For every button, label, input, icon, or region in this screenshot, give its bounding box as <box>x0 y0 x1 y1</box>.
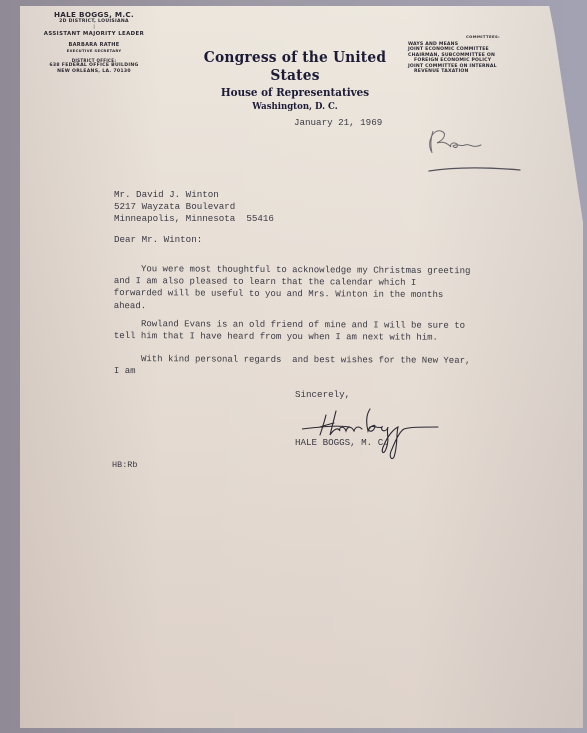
handwritten-margin-note: Ron <box>425 123 525 178</box>
recipient-address: Mr. David J. Winton5217 Wayzata Boulevar… <box>114 189 274 225</box>
letterhead-city: Washington, D. C. <box>192 101 399 112</box>
recipient-street: 5217 Wayzata Boulevard <box>114 201 274 213</box>
body-paragraph-3: With kind personal regards and best wish… <box>114 353 471 379</box>
recipient-city: Minneapolis, Minnesota 55416 <box>114 213 274 225</box>
committee-item: CHAIRMAN, SUBCOMMITTEE ONFOREIGN ECONOMI… <box>408 53 538 64</box>
committees-label: COMMITTEES: <box>428 35 538 40</box>
leadership-title: ASSISTANT MAJORITY LEADER <box>24 31 164 37</box>
letterhead-house: House of Representatives <box>192 85 399 99</box>
divider-tick: | <box>24 25 164 29</box>
letterhead-committees-block: COMMITTEES: WAYS AND MEANS JOINT ECONOMI… <box>408 35 538 75</box>
reference-initials: HB:Rb <box>112 460 138 470</box>
salutation: Dear Mr. Winton: <box>114 234 202 245</box>
body-paragraph-1: You were most thoughtful to acknowledge … <box>114 263 471 314</box>
body-paragraph-2: Rowland Evans is an old friend of mine a… <box>114 318 465 344</box>
closing: Sincerely, <box>295 389 350 400</box>
letter-date: January 21, 1969 <box>294 117 382 128</box>
committee-item: JOINT COMMITTEE ON INTERNALREVENUE TAXAT… <box>408 64 538 75</box>
recipient-name: Mr. David J. Winton <box>114 189 274 201</box>
signer-name: HALE BOGGS, M. C. <box>295 437 389 448</box>
district-office-address-2: NEW ORLEANS, LA. 70130 <box>24 69 164 74</box>
letterhead-congress: Congress of the United States <box>189 48 401 84</box>
letterhead-left-block: HALE BOGGS, M.C. 2D DISTRICT, LOUISIANA … <box>24 11 164 74</box>
letterhead-center-block: Congress of the United States House of R… <box>180 48 410 112</box>
handwritten-signature: Hale Boggs <box>300 405 450 465</box>
secretary-title: EXECUTIVE SECRETARY <box>24 49 164 53</box>
